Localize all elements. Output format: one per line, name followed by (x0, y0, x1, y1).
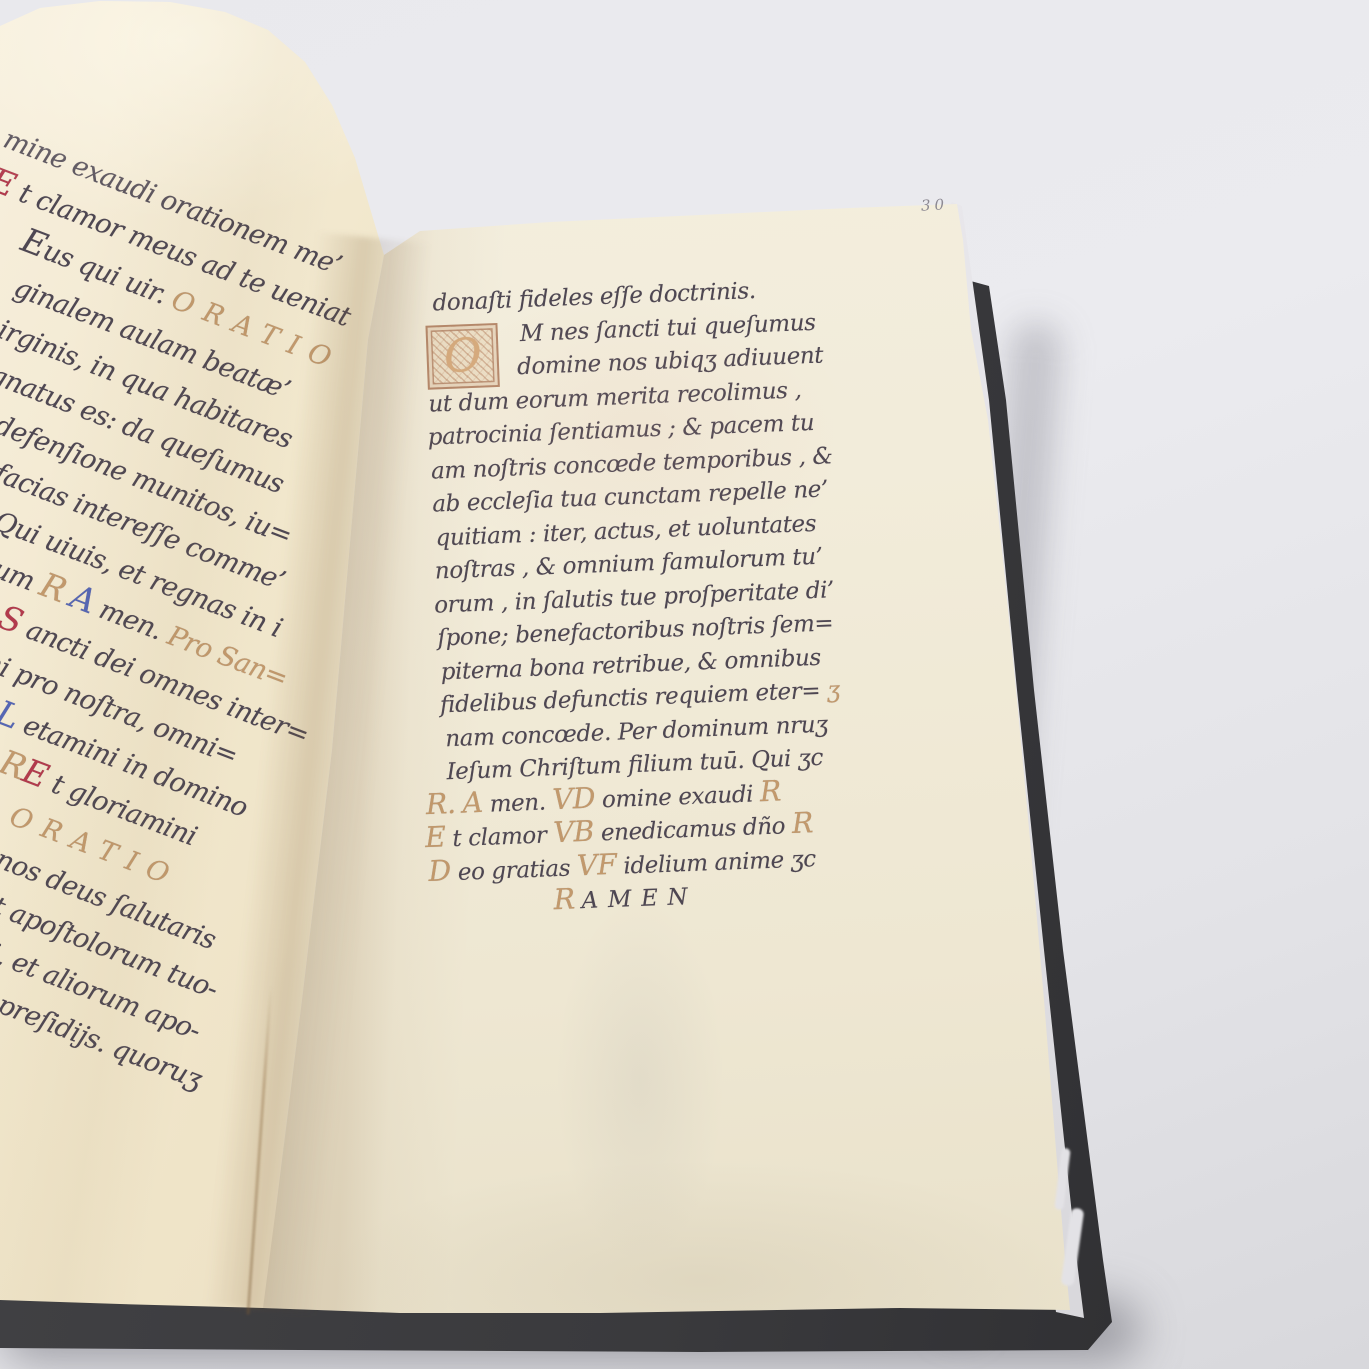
drop-cap-letter: O (443, 328, 482, 383)
text-segment: V (553, 815, 574, 849)
text-segment: V (552, 782, 573, 816)
text-segment: ʒ (827, 677, 841, 703)
text-segment: t clamor (445, 822, 554, 852)
drop-cap-initial: O (425, 323, 499, 390)
text-segment: R (791, 806, 813, 840)
text-segment: R (759, 774, 781, 808)
text-segment: omine exaudi (595, 781, 761, 813)
text-segment: enedicamus dño (594, 813, 793, 847)
text-segment: F (596, 847, 617, 881)
book-photo: mine exaudi orationem me’E t clamor meus… (0, 0, 1369, 1369)
text-segment: V (576, 848, 597, 882)
text-segment: R. (425, 786, 456, 820)
text-segment: D (428, 854, 452, 888)
text-segment: ʒc (790, 846, 816, 873)
text-segment: A (462, 785, 483, 819)
text-segment: E (424, 820, 446, 854)
page-number: 30 (921, 195, 949, 214)
text-segment: idelium anime (616, 847, 791, 880)
text-segment: B (573, 815, 595, 849)
text-segment: R (553, 882, 575, 916)
right-page-text: O donaſti fideles eſſe doctrinis.M nes ſ… (418, 270, 902, 924)
text-segment: eo gratias (450, 855, 577, 886)
text-segment: AMEN (581, 884, 698, 914)
text-segment: D (572, 781, 596, 815)
text-segment: men. (482, 789, 553, 818)
